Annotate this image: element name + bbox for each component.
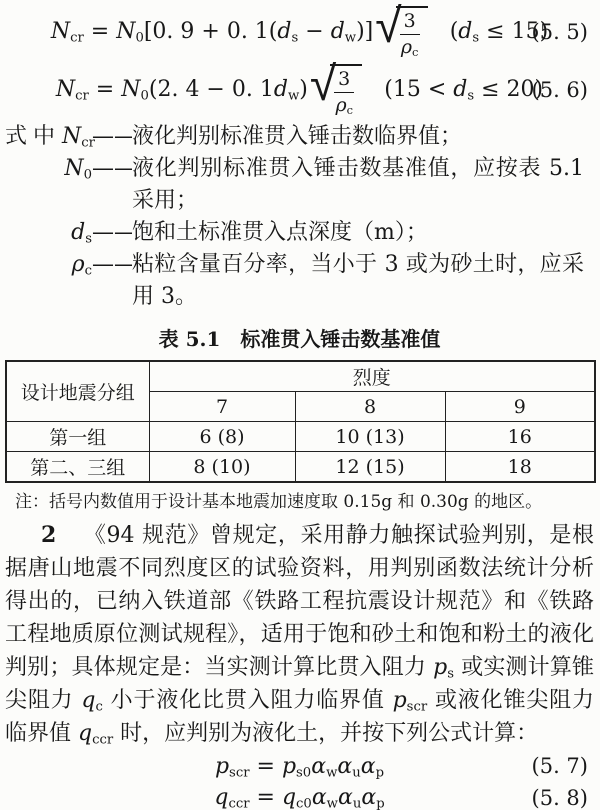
table-header-row: 设计地震分组 烈度 [6, 361, 595, 392]
fraction: 3 ρc [400, 12, 420, 57]
group-1-intensity-9: 16 [445, 422, 595, 452]
equation-5-8-body: qccr = qc0αwαuαp [214, 785, 384, 810]
symbol-term: Ncr [62, 121, 92, 153]
group-2-3-intensity-8: 12 (15) [295, 452, 445, 483]
radicand: 3 ρc [396, 6, 428, 57]
definition-dash: —— [92, 249, 132, 281]
header-intensity-8: 8 [295, 392, 445, 422]
equation-5-7-body: pscr = ps0αwαuαp [215, 754, 384, 779]
equation-number: (5. 8) [532, 786, 588, 810]
group-1-label: 第一组 [6, 422, 149, 452]
definition-row: N0 —— 液化判别标准贯入锤击数基准值，应按表 5.1 采用； [5, 153, 594, 217]
definition-dash: —— [92, 153, 132, 185]
header-intensity-9: 9 [445, 392, 595, 422]
definition-text: 液化判别标准贯入锤击数基准值，应按表 5.1 采用； [132, 153, 594, 217]
header-intensity-7: 7 [149, 392, 295, 422]
definition-text: 饱和土标准贯入点深度（m）； [132, 217, 594, 249]
definition-dash: —— [92, 121, 132, 153]
header-design-group: 设计地震分组 [6, 361, 149, 422]
table-5-1: 设计地震分组 烈度 7 8 9 第一组 6 (8) 10 (13) 16 第二、… [5, 360, 596, 483]
definition-row: 式中 Ncr —— 液化判别标准贯入锤击数临界值； [5, 121, 594, 153]
definitions-lead: 式中 [5, 121, 62, 153]
paragraph-2: 2《94 规范》曾规定，采用静力触探试验判别，是根据唐山地震不同烈度区的试验资料… [5, 519, 594, 750]
fraction: 3 ρc [334, 70, 354, 115]
group-2-3-label: 第二、三组 [6, 452, 149, 483]
header-intensity: 烈度 [149, 361, 595, 392]
table-note: 注：括号内数值用于设计基本地震加速度取 0.15g 和 0.30g 的地区。 [15, 491, 594, 513]
definition-row: ρc —— 粘粒含量百分率，当小于 3 或为砂土时，应采用 3。 [5, 249, 594, 313]
equation-number: (5. 5) [532, 20, 588, 44]
equation-5-5-body: Ncr = N0[0. 9 + 0. 1(ds − dw)] √ 3 ρc (d… [51, 6, 548, 57]
square-root: √ 3 ρc [375, 6, 427, 57]
group-2-3-intensity-9: 18 [445, 452, 595, 483]
square-root: √ 3 ρc [310, 64, 362, 115]
equation-5-6: Ncr = N0(2. 4 − 0. 1dw) √ 3 ρc (15 < ds … [5, 61, 594, 118]
equation-number: (5. 6) [532, 78, 588, 102]
equation-number: (5. 7) [532, 754, 588, 778]
equation-5-6-body: Ncr = N0(2. 4 − 0. 1dw) √ 3 ρc (15 < ds … [56, 64, 543, 115]
group-1-intensity-7: 6 (8) [149, 422, 295, 452]
definition-text: 粘粒含量百分率，当小于 3 或为砂土时，应采用 3。 [132, 249, 594, 313]
group-1-intensity-8: 10 (13) [295, 422, 445, 452]
equation-5-5-main: Ncr = N0[0. 9 + 0. 1(ds − dw)] [51, 19, 373, 44]
fraction-denominator: ρc [334, 93, 354, 115]
symbol-term: N0 [62, 153, 92, 185]
symbol-term: ρc [62, 249, 92, 281]
equation-5-5: Ncr = N0[0. 9 + 0. 1(ds − dw)] √ 3 ρc (d… [5, 2, 594, 61]
definition-row: ds —— 饱和土标准贯入点深度（m）； [5, 217, 594, 249]
equation-5-8: qccr = qc0αwαuαp (5. 8) [5, 782, 594, 810]
group-2-3-intensity-7: 8 (10) [149, 452, 295, 483]
table-title: 表 5.1 标准贯入锤击数基准值 [5, 323, 594, 352]
radicand: 3 ρc [330, 64, 362, 115]
fraction-numerator: 3 [400, 12, 420, 35]
symbol-term: ds [62, 217, 92, 249]
definition-dash: —— [92, 217, 132, 249]
table-row: 第一组 6 (8) 10 (13) 16 [6, 422, 595, 452]
equation-5-7: pscr = ps0αwαuαp (5. 7) [5, 750, 594, 782]
equation-5-6-main: Ncr = N0(2. 4 − 0. 1dw) [56, 77, 308, 102]
equation-5-6-condition: (15 < ds ≤ 20) [384, 77, 543, 102]
symbol-definitions: 式中 Ncr —— 液化判别标准贯入锤击数临界值； N0 —— 液化判别标准贯入… [5, 121, 594, 313]
fraction-numerator: 3 [334, 70, 354, 93]
document-page: Ncr = N0[0. 9 + 0. 1(ds − dw)] √ 3 ρc (d… [0, 0, 600, 810]
table-row: 第二、三组 8 (10) 12 (15) 18 [6, 452, 595, 483]
definition-text: 液化判别标准贯入锤击数临界值； [132, 121, 594, 153]
fraction-denominator: ρc [400, 35, 420, 57]
